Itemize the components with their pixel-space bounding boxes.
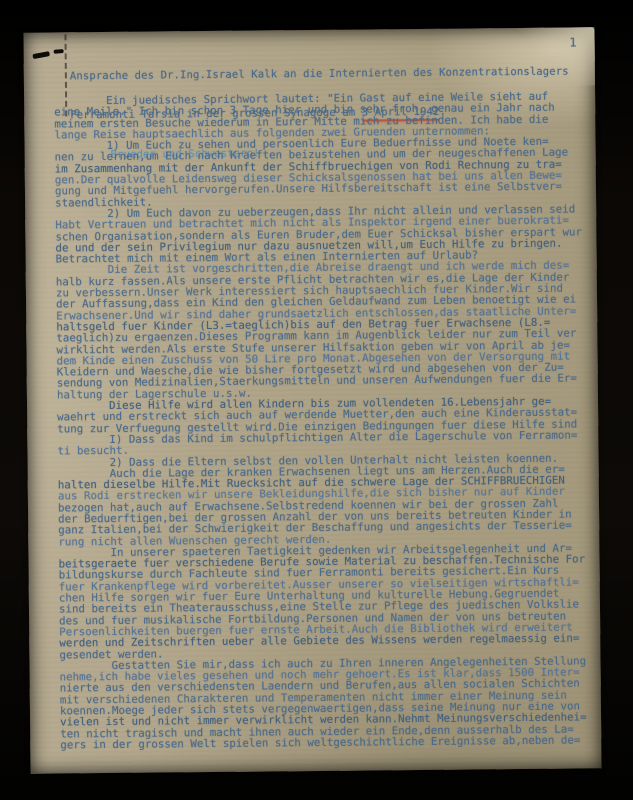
speech-body: Ein juedisches Sprichwort lautet: "Ein G… xyxy=(54,90,598,750)
staple-mark-icon xyxy=(32,51,50,59)
header-line-1: Ansprache des Dr.Ing.Israel Kalk an die … xyxy=(70,65,580,83)
staple-mark-icon xyxy=(53,49,63,54)
photo-background: 1 Ansprache des Dr.Ing.Israel Kalk an di… xyxy=(0,0,633,800)
text-line: gers in der grossen Welt spielen sich we… xyxy=(60,734,598,750)
document-page: 1 Ansprache des Dr.Ing.Israel Kalk an di… xyxy=(23,27,601,773)
